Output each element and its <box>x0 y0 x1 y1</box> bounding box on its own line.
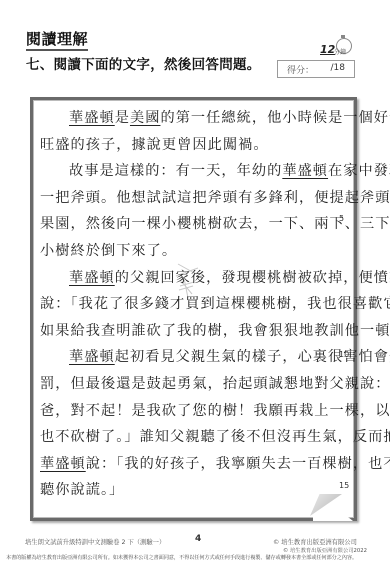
footer-copyright: © 培生教育出版亞洲有限公司2022 <box>283 546 367 554</box>
passage-line: 華盛頓的父親回家後，發現櫻桃樹被砍掉，便憤怒地 <box>40 265 340 292</box>
line-number-5: 5 <box>339 214 344 223</box>
score-box: 得分： /18 <box>277 60 355 78</box>
person-name: 華盛頓 <box>282 163 328 179</box>
passage-line: 罰，但最後還是鼓起勇氣，抬起頭誠懇地對父親說：「爸 <box>40 371 340 398</box>
place-name: 美國 <box>130 110 160 126</box>
footer-legal-notice: 本書的版權為培生教育出版亞洲有限公司所有。如未獲得本公司之書面同意，不得以任何方… <box>6 554 357 561</box>
passage-line: 旺盛的孩子，據說更曾因此闖禍。 <box>40 132 340 159</box>
section-title: 閱讀理解 <box>26 31 88 51</box>
timer-unit: 分鐘 <box>334 47 346 56</box>
footer-publisher: © 培生教育出版亞洲有限公司 <box>273 537 357 546</box>
question-title: 七、閱讀下面的文字，然後回答問題。 <box>26 53 261 73</box>
passage: 華盛頓是美國的第一任總統，他小時候是一個好奇心 旺盛的孩子，據說更曾因此闖禍。 … <box>40 105 340 504</box>
passage-line: 一把斧頭。他想試試這把斧頭有多鋒利，便提起斧頭跑到 <box>40 185 340 212</box>
person-name: 華盛頓 <box>40 456 86 472</box>
passage-line: 故事是這樣的：有一天，年幼的華盛頓在家中發現了 <box>40 158 340 185</box>
passage-line: 華盛頓是美國的第一任總統，他小時候是一個好奇心 <box>40 105 340 132</box>
passage-line: 果園，然後向一棵小櫻桃樹砍去，一下、兩下、三下…… <box>40 211 340 238</box>
person-name: 華盛頓 <box>69 349 115 365</box>
passage-line: 也不砍樹了。」誰知父親聽了後不但沒再生氣，反而抱起 <box>40 424 340 451</box>
timer-badge: 12 分鐘 <box>318 37 354 59</box>
person-name: 華盛頓 <box>69 270 115 286</box>
person-name: 華盛頓 <box>69 110 115 126</box>
line-number-10: 10 <box>339 350 349 359</box>
score-label: 得分： <box>287 63 314 76</box>
score-total: /18 <box>331 63 345 73</box>
passage-line: 如果給我查明誰砍了我的樹，我會狠狠地教訓他一頓！」 <box>40 318 340 345</box>
passage-line: 爸，對不起！是我砍了您的樹！我願再栽上一棵，以後再 <box>40 398 340 425</box>
passage-line: 小樹終於倒下來了。 <box>40 238 340 265</box>
line-number-15: 15 <box>339 481 349 490</box>
passage-line: 華盛頓說：「我的好孩子，我寧願失去一百棵樹，也不願 <box>40 451 340 478</box>
footer-page-number: 4 <box>195 534 201 544</box>
passage-line: 聽你說謊。」 <box>40 477 340 504</box>
passage-line: 華盛頓起初看見父親生氣的樣子，心裏很害怕會受 <box>40 344 340 371</box>
footer-book-title: 培生朗文試前升級特訓中文測驗卷 2 下（測驗一） <box>25 537 165 546</box>
passage-line: 說：「我花了很多錢才買到這棵櫻桃樹，我也很喜歡它。 <box>40 291 340 318</box>
